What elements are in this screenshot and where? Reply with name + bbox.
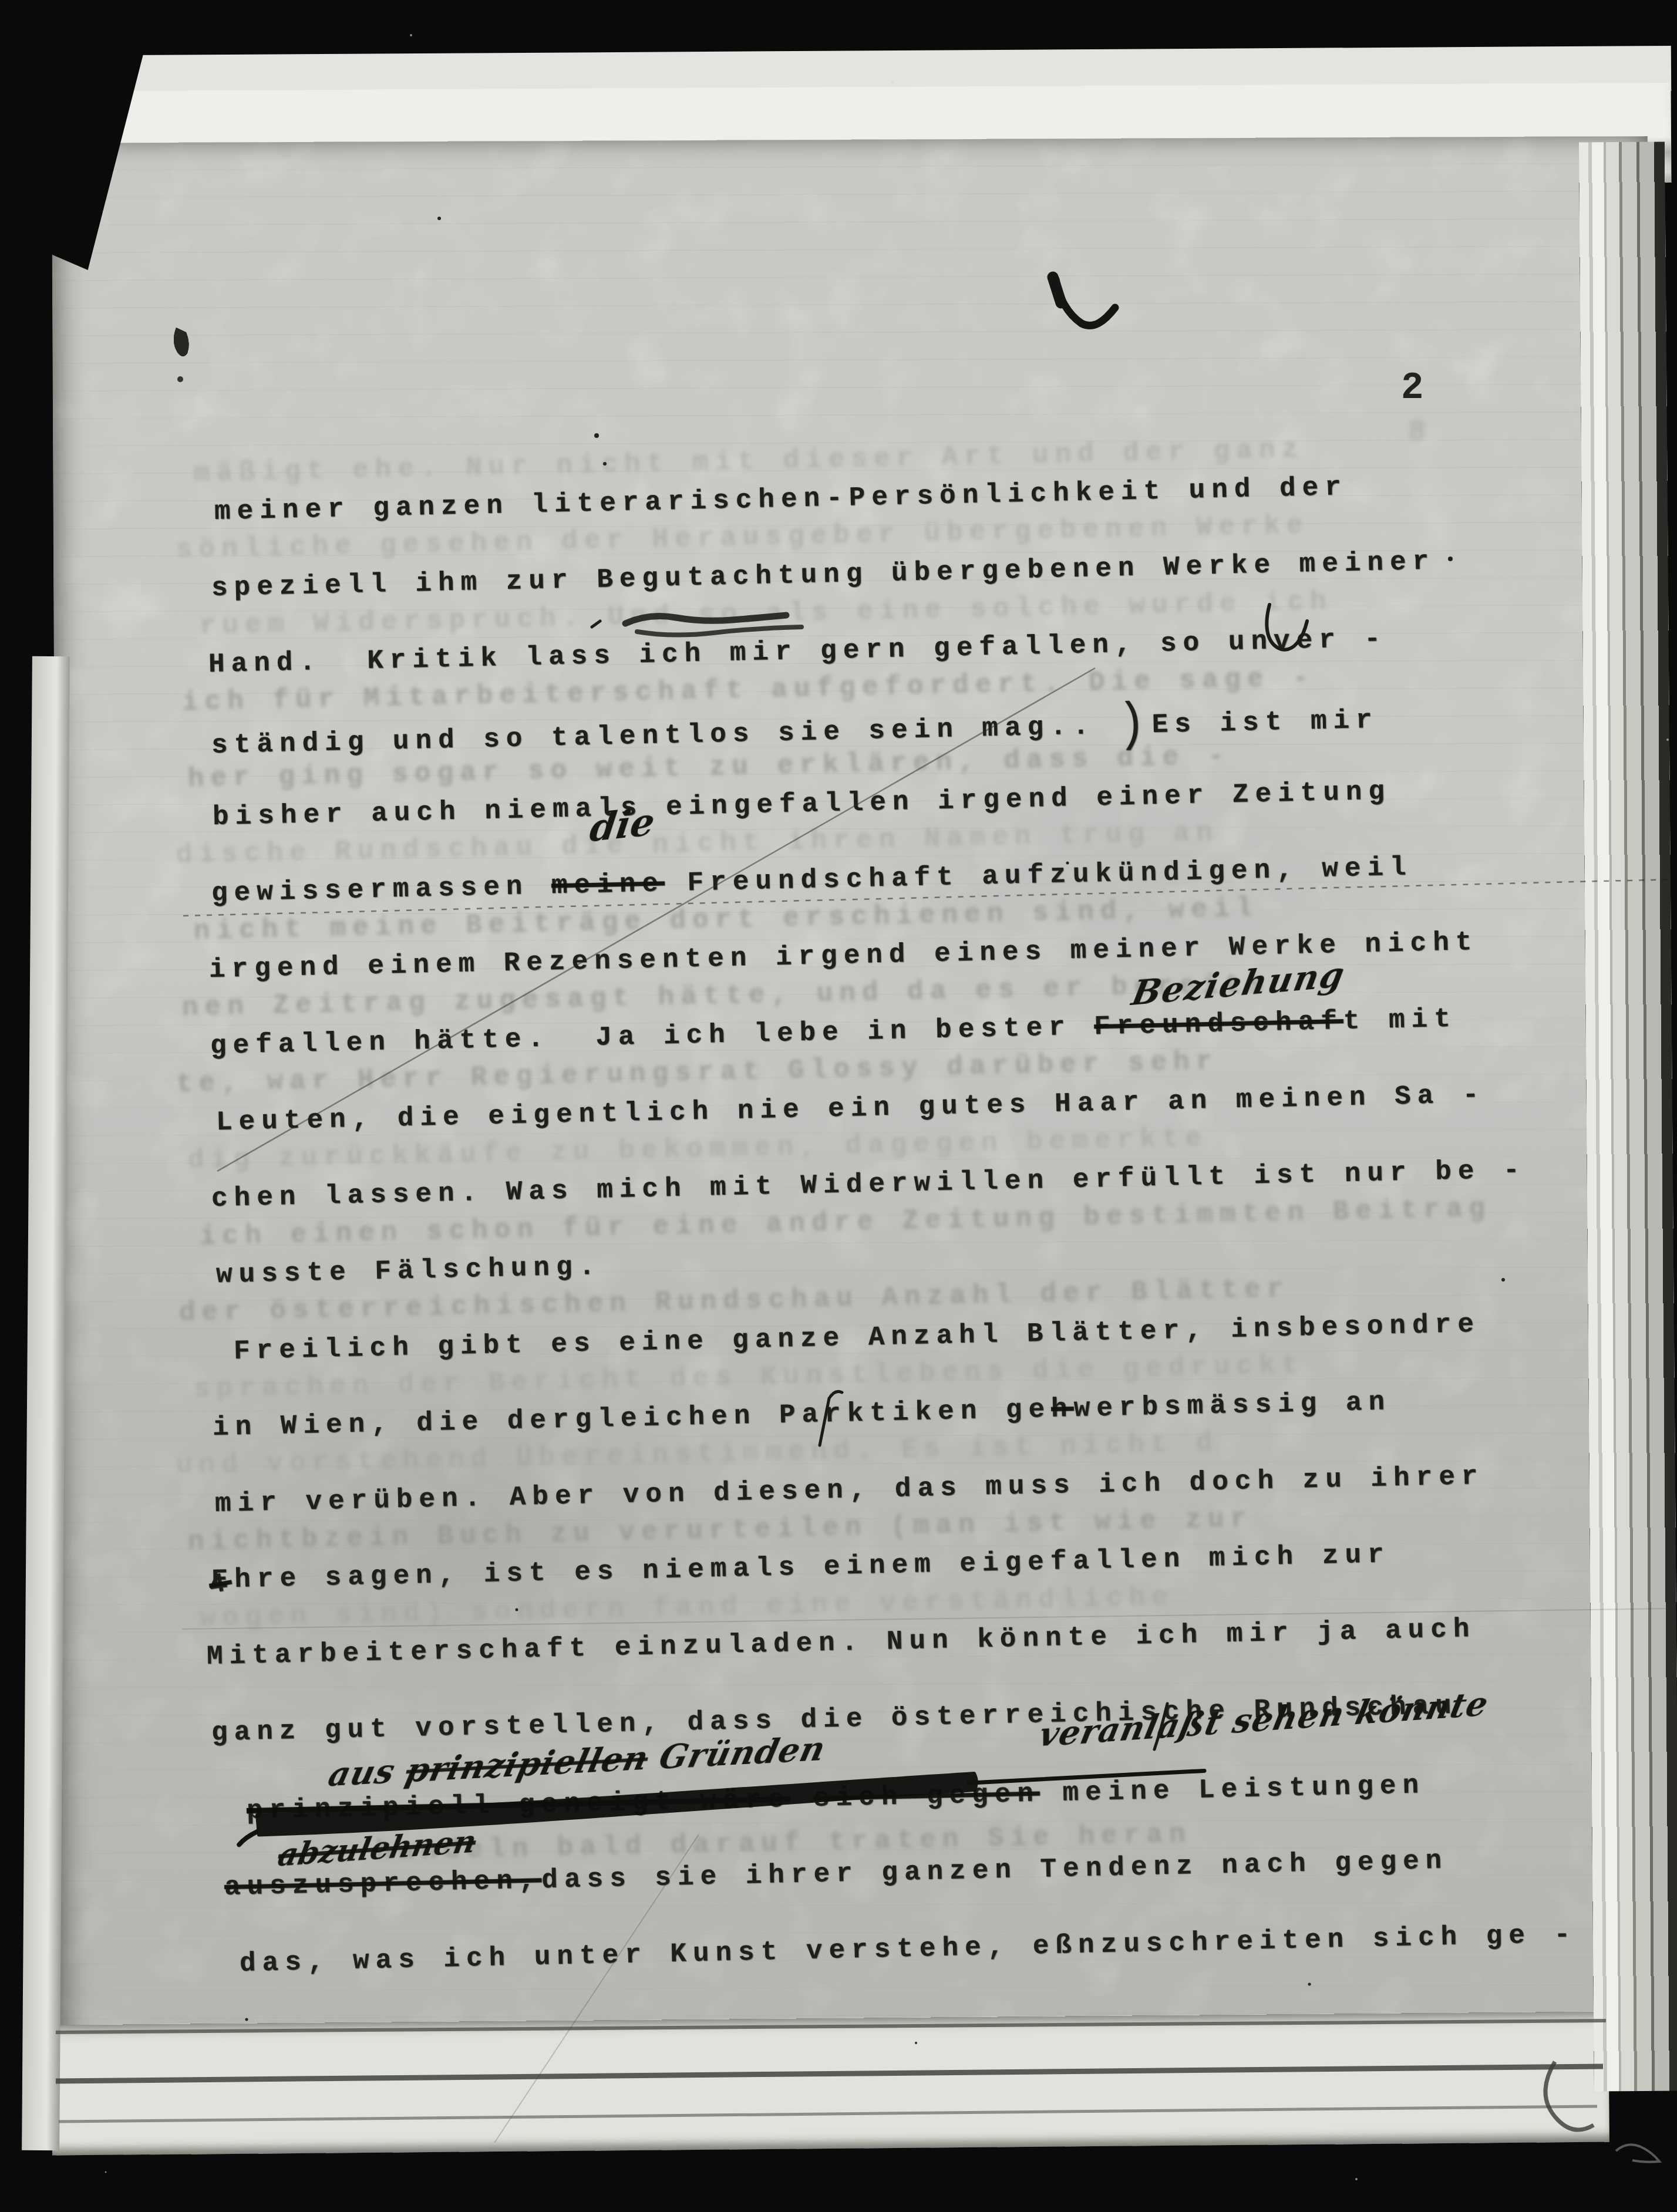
typed-text: meine Leistungen <box>1039 1770 1425 1809</box>
bleedthrough-page-number: 8 <box>1408 414 1426 449</box>
typed-text: gewissermassen <box>211 871 551 909</box>
scanned-document: 2 8 mäßigt ehe. Nur nicht mit dieser Art… <box>0 0 1677 2212</box>
typed-text: wusste Fälschung. <box>215 1252 601 1290</box>
struck-phrase-sich-gegen: sich gegen <box>813 1779 1040 1814</box>
typed-text: t mit <box>1343 1004 1457 1037</box>
typed-text: werbsmässig an <box>1073 1387 1391 1424</box>
typed-line: wusste Fälschung. <box>215 1247 602 1295</box>
struck-word-meine: meine <box>551 868 665 901</box>
bottom-sheet-edge <box>51 2011 1609 2155</box>
right-page-stack-edges <box>1579 141 1677 2091</box>
page-number: 2 <box>1401 367 1423 410</box>
struck-letter-h: h <box>1050 1394 1074 1425</box>
typed-text <box>790 1783 814 1815</box>
typed-text: Es ist mir <box>1151 705 1379 740</box>
inserted-parenthesis: ) <box>1117 702 1153 748</box>
handwritten-insertion-die: die <box>587 799 658 851</box>
handwritten-text: aus <box>325 1751 411 1795</box>
corner-squiggle-mark <box>1616 2144 1659 2162</box>
struck-word-auszusprechen: auszusprechen, <box>224 1865 541 1903</box>
